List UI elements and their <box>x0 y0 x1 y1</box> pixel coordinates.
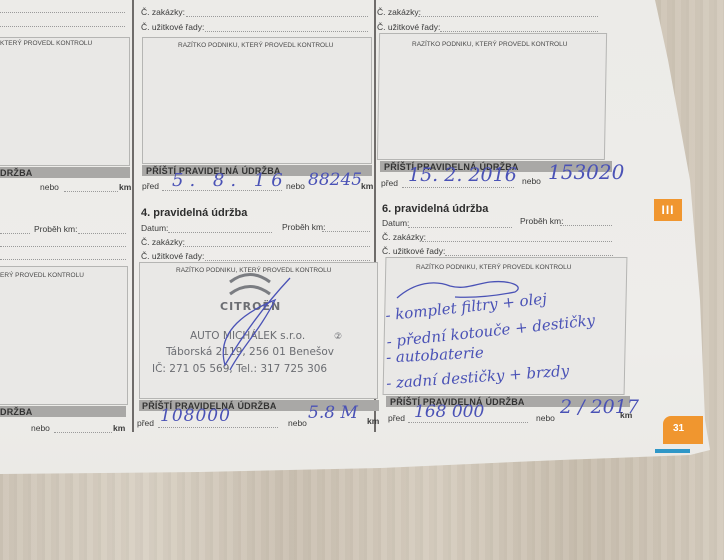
order-number-field[interactable] <box>183 246 370 247</box>
order-number-label: Č. zakázky: <box>141 7 185 17</box>
mileage-field[interactable] <box>322 231 370 232</box>
column-divider <box>132 0 134 432</box>
stamp-caption: ERÝ PROVEDL KONTROLU <box>0 272 84 279</box>
km-label: km <box>367 416 379 426</box>
nebo-label: nebo <box>286 181 305 191</box>
utility-series-label: Č. užitkové řady: <box>382 246 445 256</box>
stamp-caption: KTERÝ PROVEDL KONTROLU <box>0 40 92 47</box>
nebo-label: nebo <box>288 418 307 428</box>
order-number-label: Č. zakázky: <box>382 232 426 242</box>
km-label: km <box>119 182 131 192</box>
dotted-line <box>0 26 125 27</box>
date-field[interactable] <box>408 227 512 228</box>
dotted-line <box>0 259 126 260</box>
order-number-label: Č. zakázky: <box>141 237 185 247</box>
before-label: před <box>137 418 154 428</box>
dotted-line <box>0 233 30 234</box>
utility-series-field[interactable] <box>205 260 370 261</box>
dotted-line <box>418 16 598 17</box>
nebo-label: nebo <box>31 423 50 433</box>
handwritten-next-date: 168 000 <box>414 402 484 422</box>
dotted-line <box>0 12 125 13</box>
km-label: km <box>113 423 125 433</box>
dotted-line <box>440 31 598 32</box>
nebo-label: nebo <box>522 176 541 186</box>
dotted-line <box>54 432 112 433</box>
dotted-line <box>64 191 118 192</box>
dotted-line <box>408 422 528 423</box>
stamp-caption: RAZÍTKO PODNIKU, KTERÝ PROVEDL KONTROLU <box>178 42 333 49</box>
handwritten-next-km: 153020 <box>548 160 624 184</box>
handwritten-next-km: 5.8 M <box>308 403 358 423</box>
service-4-title: 4. pravidelná údržba <box>141 207 247 219</box>
stamp-box-left-bottom <box>0 266 128 405</box>
date-field[interactable] <box>168 232 272 233</box>
dotted-line <box>186 16 368 17</box>
dotted-line <box>205 31 368 32</box>
service-6-title: 6. pravidelná údržba <box>382 203 488 215</box>
stamp-box-left-top <box>0 37 130 166</box>
section-tab-marker: III <box>654 199 682 221</box>
mileage-label: Proběh km: <box>282 222 325 232</box>
date-label: Datum: <box>382 218 409 228</box>
dotted-line <box>158 427 278 428</box>
blue-page-edge <box>655 449 690 453</box>
handwritten-next-km: 88245 <box>308 170 362 190</box>
utility-series-label: Č. užitkové řady: <box>141 22 204 32</box>
stamp-box-middle-top <box>142 37 372 164</box>
signature-scribble <box>190 270 310 380</box>
km-label: km <box>361 181 373 191</box>
order-number-label: Č. zakázky: <box>377 7 421 17</box>
handwritten-next-date: 108000 <box>160 406 231 426</box>
nebo-label: nebo <box>40 182 59 192</box>
stamp-caption: RAZÍTKO PODNIKU, KTERÝ PROVEDL KONTROLU <box>412 41 567 48</box>
before-label: před <box>142 181 159 191</box>
before-label: před <box>388 413 405 423</box>
nebo-label: nebo <box>536 413 555 423</box>
km-label: km <box>620 410 632 420</box>
mileage-label: Proběh km: <box>520 216 563 226</box>
next-service-label: DRŽBA <box>0 407 33 417</box>
stamp-number-mark: ② <box>334 332 342 342</box>
mileage-field[interactable] <box>560 225 612 226</box>
handwritten-next-date: 5. 8. 16 <box>172 170 289 191</box>
order-number-field[interactable] <box>422 241 612 242</box>
dotted-line <box>78 233 126 234</box>
utility-series-label: Č. užitkové řady: <box>141 251 204 261</box>
before-label: před <box>381 178 398 188</box>
dotted-line <box>0 246 126 247</box>
mileage-label: Proběh km: <box>34 224 77 234</box>
date-label: Datum: <box>141 223 168 233</box>
page-number-tab: 31 <box>663 416 703 444</box>
handwritten-next-date: 15. 2. 2016 <box>408 164 517 186</box>
utility-series-field[interactable] <box>445 255 613 256</box>
stamp-box-right-top <box>377 33 607 160</box>
dotted-line <box>402 187 514 188</box>
next-service-label: DRŽBA <box>0 168 33 178</box>
utility-series-label: Č. užitkové řady: <box>377 22 440 32</box>
